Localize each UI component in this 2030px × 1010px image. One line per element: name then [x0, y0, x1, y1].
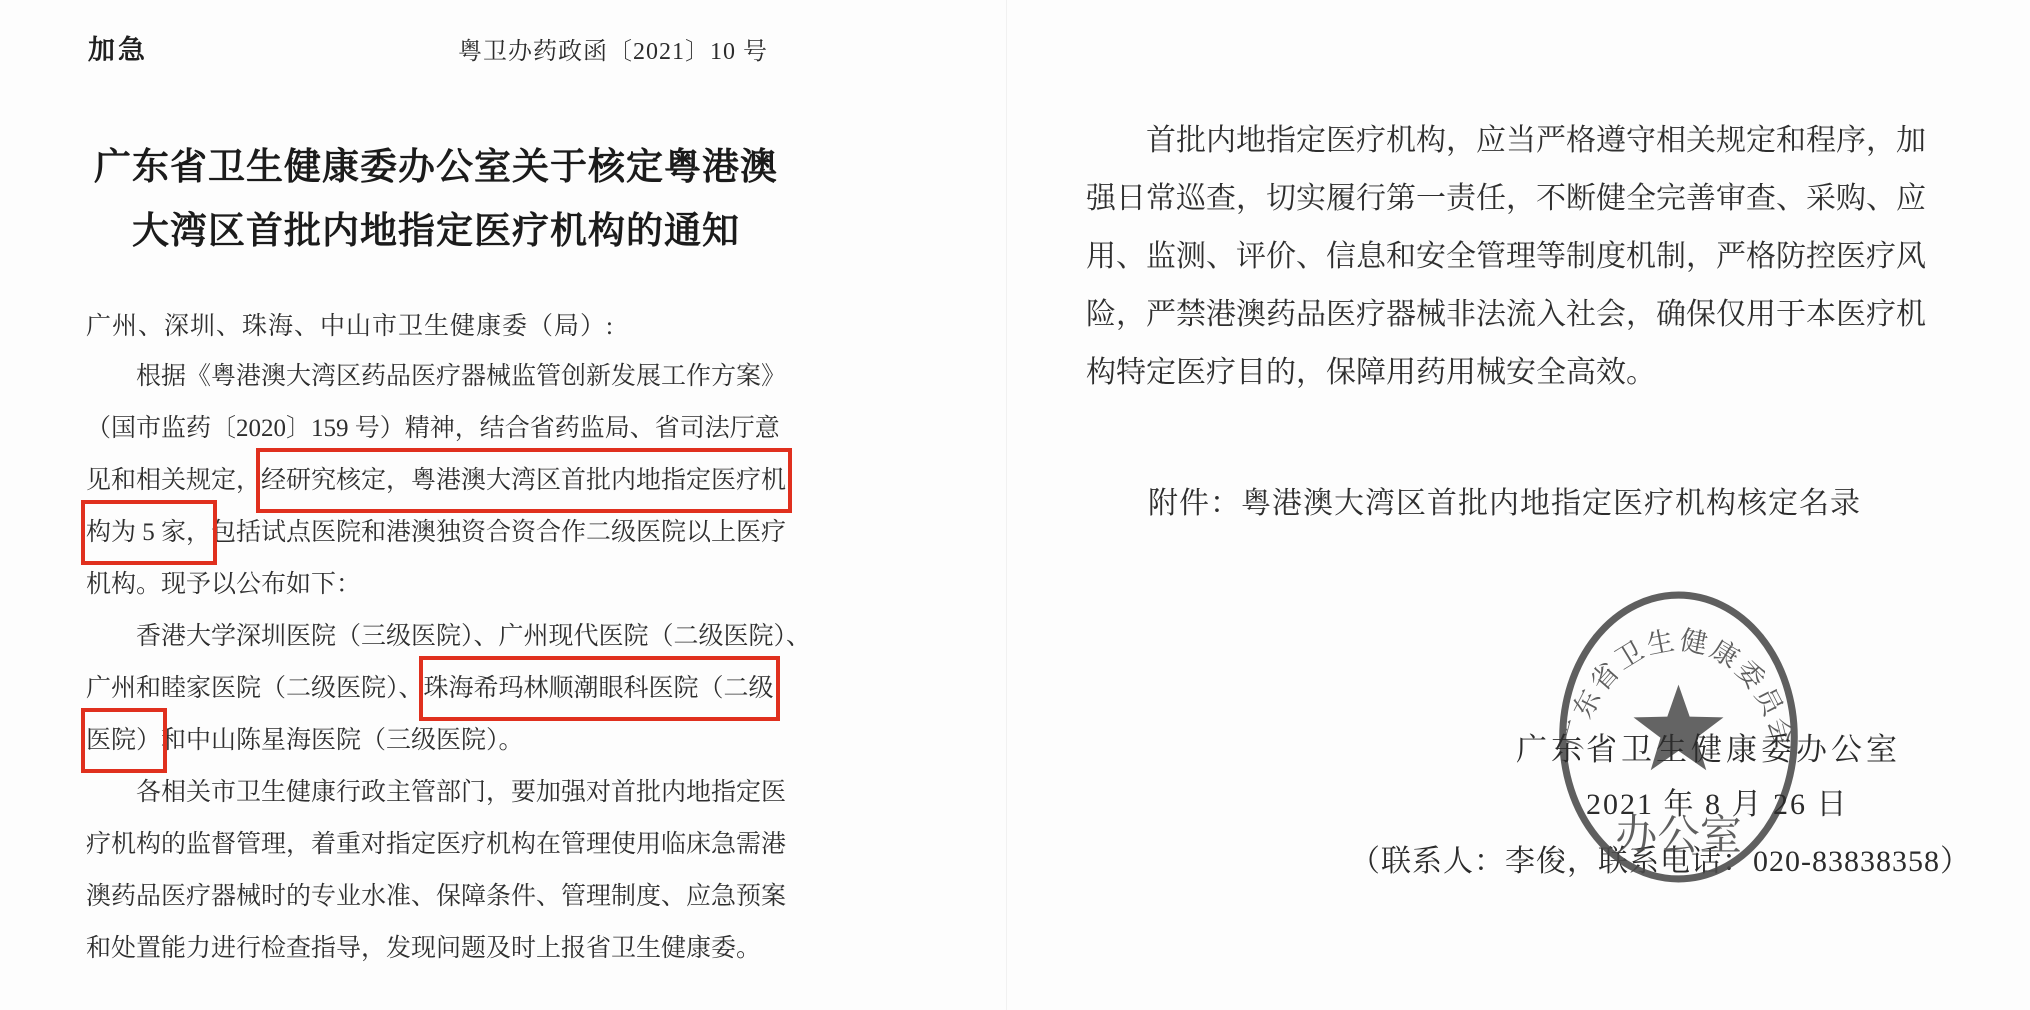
page-divider: [1006, 0, 1007, 1010]
attachment-line: 附件：粤港澳大湾区首批内地指定医疗机构核定名录: [1148, 478, 1861, 522]
text-segment: 构特定医疗目的，保障用药用械安全高效。: [1086, 356, 1656, 389]
text-line: 根据《粤港澳大湾区药品医疗器械监管创新发展工作方案》: [86, 351, 786, 403]
text-segment: 首批内地指定医疗机构，应当严格遵守相关规定和程序，加: [1146, 124, 1926, 157]
text-segment: 包括试点医院和港澳独资合资合作二级医院以上医疗: [211, 519, 786, 546]
text-line: 香港大学深圳医院（三级医院）、广州现代医院（二级医院）、: [86, 611, 786, 663]
text-line: 首批内地指定医疗机构，应当严格遵守相关规定和程序，加: [1086, 112, 1966, 170]
scanned-notice-document: 加急 粤卫办药政函〔2021〕10 号 广东省卫生健康委办公室关于核定粤港澳 大…: [0, 0, 2030, 1010]
text-line: 疗机构的监督管理，着重对指定医疗机构在管理使用临床急需港: [86, 819, 786, 871]
text-segment: 各相关市卫生健康行政主管部门，要加强对首批内地指定医: [136, 779, 786, 806]
text-line: 和处置能力进行检查指导，发现问题及时上报省卫生健康委。: [86, 923, 786, 975]
highlight-box: 构为 5 家，: [86, 507, 211, 559]
document-title: 广东省卫生健康委办公室关于核定粤港澳 大湾区首批内地指定医疗机构的通知: [80, 136, 792, 264]
text-segment: （国市监药〔2020〕159 号）精神，结合省药监局、省司法厅意: [86, 415, 780, 442]
issue-date: 2021 年 8 月 26 日: [1586, 779, 1849, 823]
text-line: 机构。现予以公布如下：: [86, 559, 786, 611]
text-line: 用、监测、评价、信息和安全管理等制度机制，严格防控医疗风: [1086, 228, 1966, 286]
text-segment: 疗机构的监督管理，着重对指定医疗机构在管理使用临床急需港: [86, 831, 786, 858]
text-line: （国市监药〔2020〕159 号）精神，结合省药监局、省司法厅意: [86, 403, 786, 455]
text-line: 构特定医疗目的，保障用药用械安全高效。: [1086, 344, 1966, 402]
document-title-line2: 大湾区首批内地指定医疗机构的通知: [80, 200, 792, 264]
highlight-box: 医院）: [86, 715, 161, 767]
highlight-box: 经研究核定，粤港澳大湾区首批内地指定医疗机: [261, 455, 786, 507]
text-segment: 机构。现予以公布如下：: [86, 571, 361, 598]
text-segment: 广州和睦家医院（二级医院）、: [86, 675, 424, 702]
text-line: 澳药品医疗器械时的专业水准、保障条件、管理制度、应急预案: [86, 871, 786, 923]
text-line: 强日常巡查，切实履行第一责任，不断健全完善审查、采购、应: [1086, 170, 1966, 228]
text-segment: 见和相关规定，: [86, 467, 261, 494]
salutation: 广州、深圳、珠海、中山市卫生健康委（局）:: [86, 306, 614, 342]
issuing-office-signature: 广东省卫生健康委办公室: [1516, 724, 1901, 769]
text-segment: 香港大学深圳医院（三级医院）、广州现代医院（二级医院）、: [136, 623, 811, 650]
text-segment: 澳药品医疗器械时的专业水准、保障条件、管理制度、应急预案: [86, 883, 786, 910]
text-line: 医院）和中山陈星海医院（三级医院）。: [86, 715, 786, 767]
text-segment: 用、监测、评价、信息和安全管理等制度机制，严格防控医疗风: [1086, 240, 1926, 273]
highlight-box: 珠海希玛林顺潮眼科医院（二级: [424, 663, 774, 715]
document-number: 粤卫办药政函〔2021〕10 号: [390, 31, 768, 66]
urgency-label: 加急: [88, 28, 148, 67]
text-segment: 根据《粤港澳大湾区药品医疗器械监管创新发展工作方案》: [136, 363, 786, 390]
text-line: 广州和睦家医院（二级医院）、珠海希玛林顺潮眼科医院（二级: [86, 663, 786, 715]
document-title-line1: 广东省卫生健康委办公室关于核定粤港澳: [80, 136, 792, 200]
text-line: 见和相关规定，经研究核定，粤港澳大湾区首批内地指定医疗机: [86, 455, 786, 507]
text-line: 险，严禁港澳药品医疗器械非法流入社会，确保仅用于本医疗机: [1086, 286, 1966, 344]
right-page-body: 首批内地指定医疗机构，应当严格遵守相关规定和程序，加强日常巡查，切实履行第一责任…: [1086, 112, 1966, 402]
text-segment: 险，严禁港澳药品医疗器械非法流入社会，确保仅用于本医疗机: [1086, 298, 1926, 331]
text-line: 各相关市卫生健康行政主管部门，要加强对首批内地指定医: [86, 767, 786, 819]
text-line: 构为 5 家，包括试点医院和港澳独资合资合作二级医院以上医疗: [86, 507, 786, 559]
left-page-body: 根据《粤港澳大湾区药品医疗器械监管创新发展工作方案》（国市监药〔2020〕159…: [86, 351, 786, 975]
text-segment: 和处置能力进行检查指导，发现问题及时上报省卫生健康委。: [86, 935, 761, 962]
text-segment: 强日常巡查，切实履行第一责任，不断健全完善审查、采购、应: [1086, 182, 1926, 215]
text-segment: 和中山陈星海医院（三级医院）。: [161, 727, 524, 754]
